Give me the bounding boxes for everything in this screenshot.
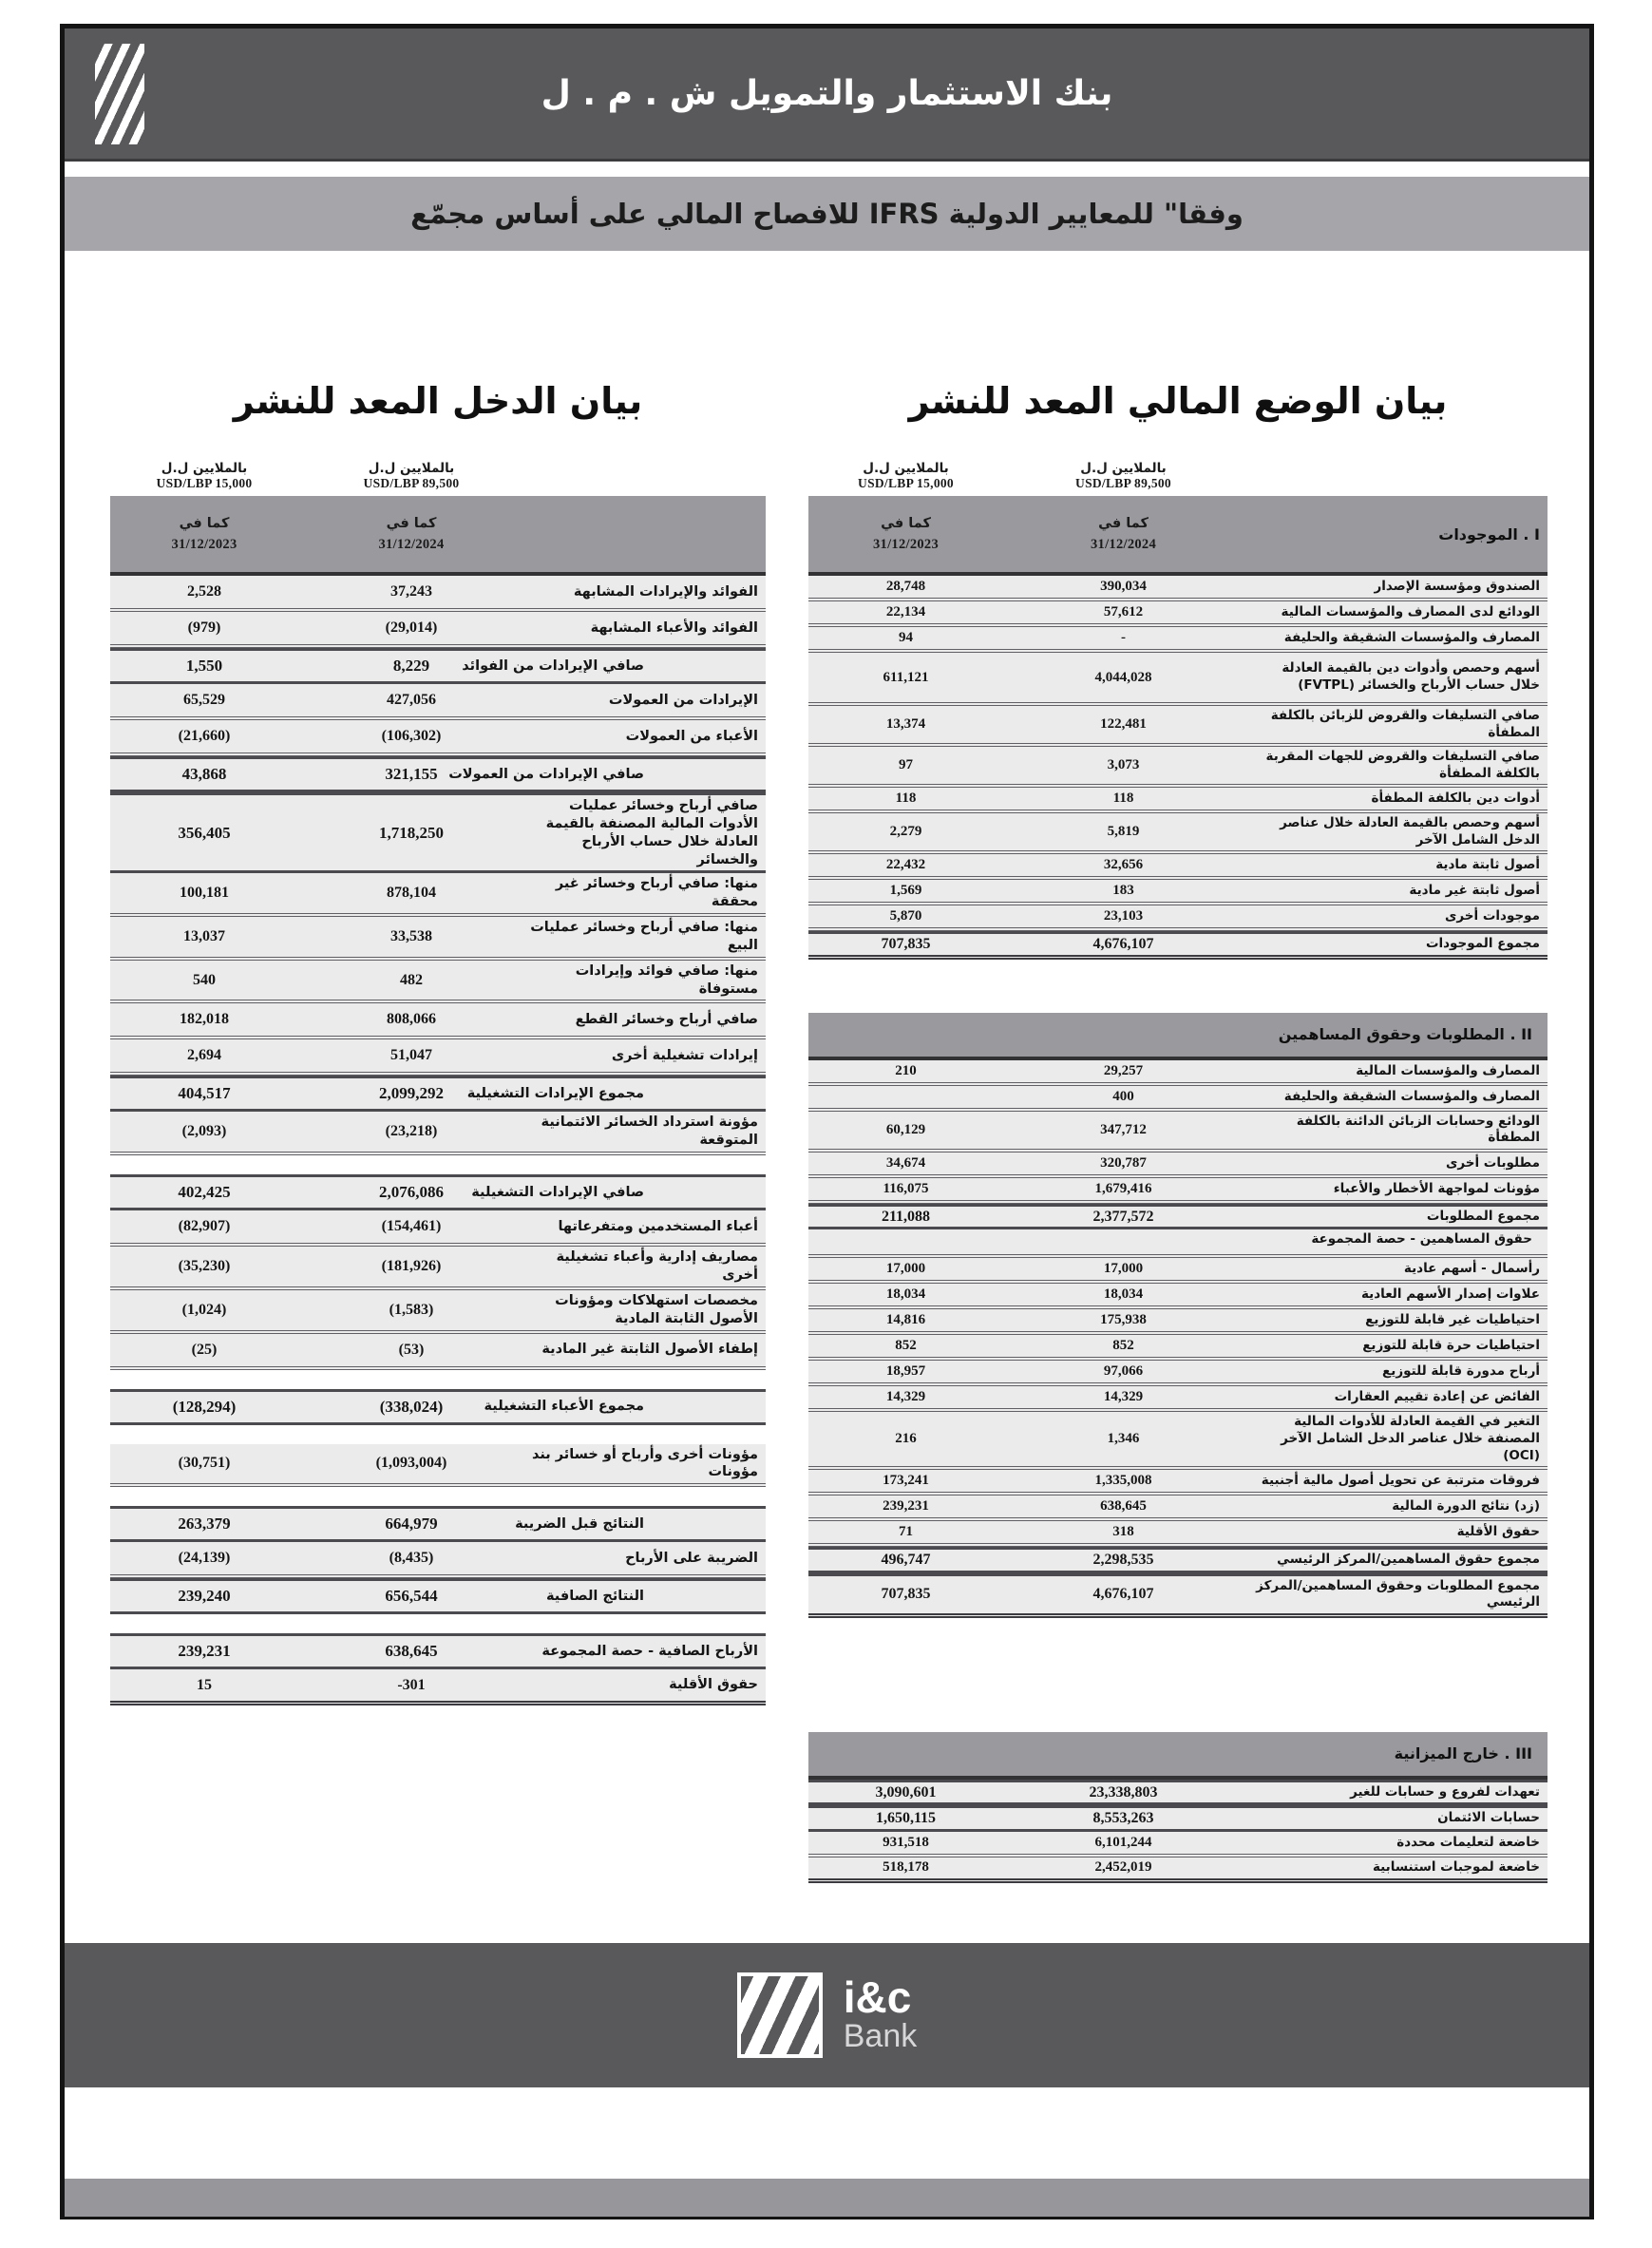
value-2024: 51,047 bbox=[298, 1047, 524, 1064]
table-row: 18,03418,034علاوات إصدار الأسهم العادية bbox=[808, 1284, 1548, 1309]
table-row: 15-301حقوق الأقلية bbox=[110, 1669, 766, 1705]
value-2023: 100,181 bbox=[110, 885, 298, 902]
row-label: مجموع الموجودات bbox=[1244, 934, 1548, 955]
value-2023: 118 bbox=[808, 791, 1003, 807]
value-2024: 2,377,572 bbox=[1003, 1209, 1244, 1226]
value-2023: 34,674 bbox=[808, 1155, 1003, 1172]
value-2024: 57,612 bbox=[1003, 604, 1244, 620]
value-2023: 518,178 bbox=[808, 1859, 1003, 1876]
table-row: (30,751)(1,093,004)مؤونات أخرى وأرباح أو… bbox=[110, 1444, 766, 1488]
value-2024: 5,819 bbox=[1003, 824, 1244, 840]
row-label: الأرباح الصافية - حصة المجموعة bbox=[524, 1641, 766, 1663]
table-row: (25)(53)إطفاء الأصول الثابتة غير المادية bbox=[110, 1334, 766, 1370]
table-row: 707,8354,676,107مجموع المطلوبات وحقوق ال… bbox=[808, 1573, 1548, 1618]
value-2023: (1,024) bbox=[110, 1302, 298, 1319]
table-row: 100,181878,104منها: صافي أرباح وخسائر غي… bbox=[110, 873, 766, 917]
asof-date-col1: كما في31/12/2023 bbox=[808, 513, 1003, 556]
row-label: حقوق الأقلية bbox=[1244, 1522, 1548, 1543]
row-label: الفائض عن إعادة تقييم العقارات bbox=[1244, 1387, 1548, 1408]
row-label: إيرادات تشغيلية أخرى bbox=[524, 1045, 766, 1067]
table-row: 402,4252,076,086صافي الإيرادات التشغيلية bbox=[110, 1174, 766, 1210]
table-row: 22,13457,612الودائع لدى المصارف والمؤسسا… bbox=[808, 601, 1548, 627]
value-2023: 94 bbox=[808, 630, 1003, 646]
table-row: 540482منها: صافي فوائد وإيرادات مستوفاة bbox=[110, 961, 766, 1004]
row-label: فروقات مترتبة عن تحويل أصول مالية أجنبية bbox=[1244, 1471, 1548, 1492]
section-title: II . المطلوبات وحقوق المساهمين bbox=[1271, 1025, 1540, 1043]
row-label: مجموع الأعباء التشغيلية bbox=[410, 1396, 652, 1418]
bottom-strip bbox=[65, 2179, 1589, 2217]
table-row: 17,00017,000رأسمال - أسهم عادية bbox=[808, 1258, 1548, 1284]
table-row: 1,569183أصول ثابتة غير مادية bbox=[808, 880, 1548, 905]
table-section: كما في31/12/2023كما في31/12/20242,52837,… bbox=[110, 496, 766, 1705]
table-row: 2,69451,047إيرادات تشغيلية أخرى bbox=[110, 1039, 766, 1076]
value-2024: 390,034 bbox=[1003, 579, 1244, 595]
value-2023: 540 bbox=[110, 972, 298, 989]
value-2024: 318 bbox=[1003, 1524, 1244, 1540]
value-2023: 402,425 bbox=[110, 1183, 298, 1202]
currency-unit-label: بالملايين ل.ل bbox=[298, 461, 524, 476]
value-2023: (2,093) bbox=[110, 1123, 298, 1140]
row-label: تعهدات لفروع و حسابات للغير bbox=[1244, 1782, 1548, 1803]
row-label: الإيرادات من العمولات bbox=[524, 690, 766, 712]
value-2023: 1,569 bbox=[808, 883, 1003, 899]
value-2023: (128,294) bbox=[110, 1398, 298, 1417]
table-row: (24,139)(8,435)الضريبة على الأرباح bbox=[110, 1542, 766, 1578]
row-label: المصارف والمؤسسات الشقيقة والحليفة bbox=[1244, 628, 1548, 649]
value-2024: 23,338,803 bbox=[1003, 1784, 1244, 1801]
table-row: 13,374122,481صافي التسليفات والقروض للزب… bbox=[808, 706, 1548, 747]
value-2024: 3,073 bbox=[1003, 757, 1244, 773]
value-2023: 239,231 bbox=[110, 1642, 298, 1661]
value-2024: (23,218) bbox=[298, 1123, 524, 1140]
asof-date-col1: كما في31/12/2023 bbox=[110, 513, 298, 556]
footer-logo-stripes-icon bbox=[737, 1972, 823, 2058]
balance-sheet-title: بيان الوضع المالي المعد للنشر bbox=[808, 380, 1548, 422]
table-row: 94-المصارف والمؤسسات الشقيقة والحليفة bbox=[808, 627, 1548, 653]
value-2023: 18,957 bbox=[808, 1363, 1003, 1380]
section-title: III . خارج الميزانية bbox=[1387, 1744, 1540, 1762]
value-2024: 18,034 bbox=[1003, 1286, 1244, 1303]
value-2024: 97,066 bbox=[1003, 1363, 1244, 1380]
row-label: مجموع المطلوبات وحقوق المساهمين/المركز ا… bbox=[1244, 1576, 1548, 1613]
value-2024: 638,645 bbox=[1003, 1498, 1244, 1515]
value-2024: 852 bbox=[1003, 1338, 1244, 1354]
value-2023: (25) bbox=[110, 1342, 298, 1359]
value-2024: 4,044,028 bbox=[1003, 670, 1244, 686]
asof-label: كما في bbox=[808, 513, 1003, 534]
value-2023: 71 bbox=[808, 1524, 1003, 1540]
row-label: منها: صافي أرباح وخسائر عمليات البيع bbox=[524, 917, 766, 957]
footer-logo: i&c Bank bbox=[844, 1975, 918, 2054]
table-row: 5,87023,103موجودات أخرى bbox=[808, 905, 1548, 931]
row-label: (زد) نتائج الدورة المالية bbox=[1244, 1496, 1548, 1517]
table-row: 71318حقوق الأقلية bbox=[808, 1521, 1548, 1547]
value-2023: (82,907) bbox=[110, 1218, 298, 1235]
value-2024: 29,257 bbox=[1003, 1063, 1244, 1079]
balance-sheet-table: بالملايين ل.لUSD/LBP 15,000بالملايين ل.ل… bbox=[808, 450, 1548, 1883]
row-label: صافي الإيرادات التشغيلية bbox=[410, 1182, 652, 1204]
row-label: المصارف والمؤسسات الشقيقة والحليفة bbox=[1244, 1087, 1548, 1108]
currency-unit-label: بالملايين ل.ل bbox=[110, 461, 298, 476]
value-2023: 60,129 bbox=[808, 1122, 1003, 1138]
row-label: علاوات إصدار الأسهم العادية bbox=[1244, 1285, 1548, 1305]
exchange-rate-label: USD/LBP 89,500 bbox=[1003, 476, 1244, 491]
row-label: مجموع الإيرادات التشغيلية bbox=[410, 1083, 652, 1105]
table-row: 404,5172,099,292مجموع الإيرادات التشغيلي… bbox=[110, 1076, 766, 1112]
section-header-band: II . المطلوبات وحقوق المساهمين bbox=[808, 1013, 1548, 1060]
row-label: الفوائد والإيرادات المشابهة bbox=[524, 581, 766, 603]
value-2023: (24,139) bbox=[110, 1550, 298, 1567]
value-2024: 482 bbox=[298, 972, 524, 989]
row-label: الودائع لدى المصارف والمؤسسات المالية bbox=[1244, 602, 1548, 623]
table-row: 496,7472,298,535مجموع حقوق المساهمين/الم… bbox=[808, 1547, 1548, 1573]
table-row: (82,907)(154,461)أعباء المستخدمين ومتفرع… bbox=[110, 1210, 766, 1247]
value-2024: 122,481 bbox=[1003, 716, 1244, 733]
value-2023: 611,121 bbox=[808, 670, 1003, 686]
page: بنك الاستثمار والتمويل ش . م . ل وفقا" ل… bbox=[0, 0, 1652, 2248]
value-2024: -301 bbox=[298, 1677, 524, 1694]
value-2023: 65,529 bbox=[110, 692, 298, 709]
row-label: صافي الإيرادات من الفوائد bbox=[410, 656, 652, 677]
value-2023: 707,835 bbox=[808, 936, 1003, 953]
table-row: 211,0882,377,572مجموع المطلوبات bbox=[808, 1204, 1548, 1230]
asof-date: 31/12/2024 bbox=[298, 534, 524, 555]
table-row: 356,4051,718,250صافي أرباح وخسائر عمليات… bbox=[110, 792, 766, 873]
row-label: مؤونة استرداد الخسائر الائتمانية المتوقع… bbox=[524, 1112, 766, 1152]
value-2023: 3,090,601 bbox=[808, 1784, 1003, 1801]
table-row: 173,2411,335,008فروقات مترتبة عن تحويل أ… bbox=[808, 1470, 1548, 1495]
row-label: التغير في القيمة العادلة للأدوات المالية… bbox=[1244, 1412, 1548, 1466]
value-2024: 23,103 bbox=[1003, 908, 1244, 924]
asof-label: كما في bbox=[1003, 513, 1244, 534]
table-row: 1,650,1158,553,263حسابات الائتمان bbox=[808, 1805, 1548, 1832]
table-row: 182,018808,066صافي أرباح وخسائر القطع bbox=[110, 1003, 766, 1039]
table-row: (35,230)(181,926)مصاريف إدارية وأعباء تش… bbox=[110, 1247, 766, 1290]
table-row: 22,43232,656أصول ثابتة مادية bbox=[808, 854, 1548, 880]
row-label: مؤونات أخرى وأرباح أو خسائر بند مؤونات bbox=[524, 1444, 766, 1484]
row-label: إطفاء الأصول الثابتة غير المادية bbox=[524, 1339, 766, 1361]
row-label: صافي الإيرادات من العمولات bbox=[410, 764, 652, 786]
asof-date-col2: كما في31/12/2024 bbox=[1003, 513, 1244, 556]
table-row: 1,5508,229صافي الإيرادات من الفوائد bbox=[110, 648, 766, 684]
table-row: 60,129347,712الودائع وحسابات الزبائن الد… bbox=[808, 1112, 1548, 1153]
row-label: مخصصات استهلاكات ومؤونات الأصول الثابتة … bbox=[524, 1290, 766, 1330]
value-2023: 13,374 bbox=[808, 716, 1003, 733]
value-2024: 1,718,250 bbox=[298, 824, 524, 843]
table-row: (979)(29,014)الفوائد والأعباء المشابهة bbox=[110, 612, 766, 648]
footer-logo-subtitle: Bank bbox=[844, 2019, 918, 2054]
table-row: 852852احتياطيات حرة قابلة للتوزيع bbox=[808, 1335, 1548, 1361]
value-2024: (53) bbox=[298, 1342, 524, 1359]
asof-date: 31/12/2024 bbox=[1003, 534, 1244, 555]
asof-date-col2: كما في31/12/2024 bbox=[298, 513, 524, 556]
value-2024: 2,452,019 bbox=[1003, 1859, 1244, 1876]
value-2023: (979) bbox=[110, 619, 298, 637]
value-2024: 32,656 bbox=[1003, 857, 1244, 873]
value-2024: 2,298,535 bbox=[1003, 1552, 1244, 1569]
row-spacer bbox=[110, 1370, 766, 1389]
table-row: 28,748390,034الصندوق ومؤسسة الإصدار bbox=[808, 576, 1548, 601]
value-2024: 8,553,263 bbox=[1003, 1810, 1244, 1827]
value-2024: (8,435) bbox=[298, 1550, 524, 1567]
table-row: 400المصارف والمؤسسات الشقيقة والحليفة bbox=[808, 1086, 1548, 1112]
row-label: الضريبة على الأرباح bbox=[524, 1548, 766, 1570]
table-row: 65,529427,056الإيرادات من العمولات bbox=[110, 684, 766, 720]
value-2023: 14,329 bbox=[808, 1389, 1003, 1405]
row-label: احتياطيات حرة قابلة للتوزيع bbox=[1244, 1336, 1548, 1357]
value-2023: 14,816 bbox=[808, 1312, 1003, 1328]
row-label: صافي أرباح وخسائر القطع bbox=[524, 1009, 766, 1031]
table-row: 263,379664,979النتائج قبل الضريبة bbox=[110, 1506, 766, 1542]
table-row: 931,5186,101,244خاضعة لتعليمات محددة bbox=[808, 1832, 1548, 1857]
table-row: 116,0751,679,416مؤونات لمواجهة الأخطار و… bbox=[808, 1178, 1548, 1204]
value-2024: 118 bbox=[1003, 791, 1244, 807]
value-2023: 28,748 bbox=[808, 579, 1003, 595]
unit-header-col2: بالملايين ل.لUSD/LBP 89,500 bbox=[1003, 461, 1244, 491]
row-label: موجودات أخرى bbox=[1244, 906, 1548, 927]
value-2023: (35,230) bbox=[110, 1258, 298, 1275]
row-label: أعباء المستخدمين ومتفرعاتها bbox=[524, 1216, 766, 1238]
value-2024: (154,461) bbox=[298, 1218, 524, 1235]
table-row: 2,52837,243الفوائد والإيرادات المشابهة bbox=[110, 576, 766, 612]
subtitle-band: وفقا" للمعايير الدولية IFRS للافصاح الما… bbox=[65, 177, 1589, 251]
row-label: النتائج الصافية bbox=[410, 1586, 652, 1608]
table-row: 34,674320,787مطلوبات أخرى bbox=[808, 1153, 1548, 1178]
table-row: 14,816175,938احتياطيات غير قابلة للتوزيع bbox=[808, 1309, 1548, 1335]
value-2023: 216 bbox=[808, 1431, 1003, 1447]
footer-logo-title: i&c bbox=[844, 1975, 918, 2019]
value-2023: 97 bbox=[808, 757, 1003, 773]
row-label: خاضعة لتعليمات محددة bbox=[1244, 1833, 1548, 1854]
equity-subheader-row: حقوق المساهمين - حصة المجموعة bbox=[808, 1229, 1548, 1258]
value-2024: (29,014) bbox=[298, 619, 524, 637]
value-2023: 116,075 bbox=[808, 1181, 1003, 1197]
statements-area: بيان الدخل المعد للنشر بالملايين ل.لUSD/… bbox=[65, 251, 1589, 1943]
asof-date: 31/12/2023 bbox=[110, 534, 298, 555]
table-row: (2,093)(23,218)مؤونة استرداد الخسائر الا… bbox=[110, 1112, 766, 1155]
row-label: خاضعة لموجبات استنسابية bbox=[1244, 1857, 1548, 1878]
table-row: 239,231638,645الأرباح الصافية - حصة المج… bbox=[110, 1633, 766, 1669]
row-label: الصندوق ومؤسسة الإصدار bbox=[1244, 577, 1548, 598]
value-2024: 1,679,416 bbox=[1003, 1181, 1244, 1197]
value-2023: 22,134 bbox=[808, 604, 1003, 620]
row-label: منها: صافي أرباح وخسائر غير محققة bbox=[524, 873, 766, 913]
value-2024: (1,583) bbox=[298, 1302, 524, 1319]
row-label: مجموع حقوق المساهمين/المركز الرئيسي bbox=[1244, 1550, 1548, 1571]
unit-header-col1: بالملايين ل.لUSD/LBP 15,000 bbox=[110, 461, 298, 491]
asof-label: كما في bbox=[110, 513, 298, 534]
unit-header-col1: بالملايين ل.لUSD/LBP 15,000 bbox=[808, 461, 1003, 491]
row-label: حقوق الأقلية bbox=[524, 1674, 766, 1696]
value-2023: 404,517 bbox=[110, 1084, 298, 1103]
currency-unit-label: بالملايين ل.ل bbox=[808, 461, 1003, 476]
value-2023: (21,660) bbox=[110, 728, 298, 745]
exchange-rate-label: USD/LBP 89,500 bbox=[298, 476, 524, 491]
row-spacer bbox=[110, 1487, 766, 1506]
table-row: 18,95797,066أرباح مدورة قابلة للتوزيع bbox=[808, 1361, 1548, 1386]
value-2024: (1,093,004) bbox=[298, 1455, 524, 1472]
row-label: رأسمال - أسهم عادية bbox=[1244, 1259, 1548, 1280]
row-spacer bbox=[110, 1614, 766, 1633]
table-row: 611,1214,044,028أسهم وحصص وأدوات دين بال… bbox=[808, 653, 1548, 706]
table-row: 239,240656,544النتائج الصافية bbox=[110, 1578, 766, 1614]
section-header-band: كما في31/12/2023كما في31/12/2024I . المو… bbox=[808, 496, 1548, 576]
table-row: 518,1782,452,019خاضعة لموجبات استنسابية bbox=[808, 1857, 1548, 1883]
table-row: 118118أدوات دين بالكلفة المطفأة bbox=[808, 788, 1548, 813]
table-row: (128,294)(338,024)مجموع الأعباء التشغيلي… bbox=[110, 1389, 766, 1425]
value-2023: 182,018 bbox=[110, 1011, 298, 1028]
row-label: صافي أرباح وخسائر عمليات الأدوات المالية… bbox=[524, 795, 766, 870]
table-row: 3,090,60123,338,803تعهدات لفروع و حسابات… bbox=[808, 1780, 1548, 1806]
value-2024: 347,712 bbox=[1003, 1122, 1244, 1138]
value-2024: (106,302) bbox=[298, 728, 524, 745]
currency-unit-label: بالملايين ل.ل bbox=[1003, 461, 1244, 476]
value-2024: 4,676,107 bbox=[1003, 1586, 1244, 1603]
value-2023: 15 bbox=[110, 1677, 298, 1694]
value-2024: 17,000 bbox=[1003, 1261, 1244, 1277]
value-2023: 1,550 bbox=[110, 657, 298, 676]
value-2023: 18,034 bbox=[808, 1286, 1003, 1303]
value-2023: 496,747 bbox=[808, 1552, 1003, 1569]
exchange-rate-label: USD/LBP 15,000 bbox=[110, 476, 298, 491]
value-2023: 931,518 bbox=[808, 1835, 1003, 1851]
row-label: أصول ثابتة مادية bbox=[1244, 855, 1548, 876]
value-2024: 183 bbox=[1003, 883, 1244, 899]
value-2023: 852 bbox=[808, 1338, 1003, 1354]
value-2024: 638,645 bbox=[298, 1642, 524, 1661]
value-2023: 1,650,115 bbox=[808, 1810, 1003, 1827]
table-row: 2161,346التغير في القيمة العادلة للأدوات… bbox=[808, 1412, 1548, 1470]
income-statement-title: بيان الدخل المعد للنشر bbox=[110, 380, 766, 422]
row-label: مصاريف إدارية وأعباء تشغيلية أخرى bbox=[524, 1247, 766, 1286]
row-label: صافي التسليفات والقروض للجهات المقربة با… bbox=[1244, 747, 1548, 784]
value-2024: 320,787 bbox=[1003, 1155, 1244, 1172]
row-label: أصول ثابتة غير مادية bbox=[1244, 881, 1548, 902]
row-label: المصارف والمؤسسات المالية bbox=[1244, 1061, 1548, 1082]
value-2024: 14,329 bbox=[1003, 1389, 1244, 1405]
value-2023: 211,088 bbox=[808, 1209, 1003, 1226]
unit-header-col2: بالملايين ل.لUSD/LBP 89,500 bbox=[298, 461, 524, 491]
income-statement: بيان الدخل المعد للنشر بالملايين ل.لUSD/… bbox=[110, 251, 766, 1705]
table-row: 707,8354,676,107مجموع الموجودات bbox=[808, 931, 1548, 960]
row-label: النتائج قبل الضريبة bbox=[410, 1514, 652, 1535]
column-units-header: بالملايين ل.لUSD/LBP 15,000بالملايين ل.ل… bbox=[110, 450, 766, 496]
value-2024: 175,938 bbox=[1003, 1312, 1244, 1328]
table-section: III . خارج الميزانية3,090,60123,338,803ت… bbox=[808, 1732, 1548, 1883]
value-2024: 6,101,244 bbox=[1003, 1835, 1244, 1851]
row-spacer bbox=[110, 1155, 766, 1174]
header-band: بنك الاستثمار والتمويل ش . م . ل bbox=[65, 29, 1589, 162]
table-section: II . المطلوبات وحقوق المساهمين21029,257ا… bbox=[808, 1013, 1548, 1618]
column-units-header: بالملايين ل.لUSD/LBP 15,000بالملايين ل.ل… bbox=[808, 450, 1548, 496]
value-2024: 427,056 bbox=[298, 692, 524, 709]
table-row: 13,03733,538منها: صافي أرباح وخسائر عملي… bbox=[110, 917, 766, 961]
balance-sheet: بيان الوضع المالي المعد للنشر بالملايين … bbox=[808, 251, 1548, 1883]
value-2024: 878,104 bbox=[298, 885, 524, 902]
asof-label: كما في bbox=[298, 513, 524, 534]
row-label: حقوق المساهمين - حصة المجموعة bbox=[1307, 1229, 1540, 1254]
row-label: مطلوبات أخرى bbox=[1244, 1153, 1548, 1174]
row-label: الفوائد والأعباء المشابهة bbox=[524, 618, 766, 639]
row-label: أرباح مدورة قابلة للتوزيع bbox=[1244, 1362, 1548, 1382]
section-header-band: كما في31/12/2023كما في31/12/2024 bbox=[110, 496, 766, 576]
value-2023: 2,694 bbox=[110, 1047, 298, 1064]
value-2023: (30,751) bbox=[110, 1455, 298, 1472]
value-2023: 707,835 bbox=[808, 1586, 1003, 1603]
value-2024: 808,066 bbox=[298, 1011, 524, 1028]
row-label: مجموع المطلوبات bbox=[1244, 1207, 1548, 1228]
table-row: 21029,257المصارف والمؤسسات المالية bbox=[808, 1060, 1548, 1086]
income-statement-table: بالملايين ل.لUSD/LBP 15,000بالملايين ل.ل… bbox=[110, 450, 766, 1705]
value-2023: 17,000 bbox=[808, 1261, 1003, 1277]
value-2023: 239,231 bbox=[808, 1498, 1003, 1515]
value-2023: 239,240 bbox=[110, 1587, 298, 1606]
value-2023: 263,379 bbox=[110, 1515, 298, 1534]
section-header-band: III . خارج الميزانية bbox=[808, 1732, 1548, 1780]
table-row: 2,2795,819أسهم وحصص بالقيمة العادلة خلال… bbox=[808, 813, 1548, 854]
row-spacer bbox=[110, 1425, 766, 1444]
value-2024: 33,538 bbox=[298, 928, 524, 945]
row-label: حسابات الائتمان bbox=[1244, 1808, 1548, 1829]
value-2024: 1,346 bbox=[1003, 1431, 1244, 1447]
bank-name-title: بنك الاستثمار والتمويل ش . م . ل bbox=[541, 74, 1113, 113]
exchange-rate-label: USD/LBP 15,000 bbox=[808, 476, 1003, 491]
asof-date: 31/12/2023 bbox=[808, 534, 1003, 555]
row-label: الودائع وحسابات الزبائن الدائنة بالكلفة … bbox=[1244, 1112, 1548, 1149]
value-2024: 37,243 bbox=[298, 583, 524, 600]
table-row: 43,868321,155صافي الإيرادات من العمولات bbox=[110, 756, 766, 792]
row-label: مؤونات لمواجهة الأخطار والأعباء bbox=[1244, 1179, 1548, 1200]
value-2023: 22,432 bbox=[808, 857, 1003, 873]
row-label: صافي التسليفات والقروض للزبائن بالكلفة ا… bbox=[1244, 706, 1548, 743]
table-row: 973,073صافي التسليفات والقروض للجهات الم… bbox=[808, 747, 1548, 788]
row-label: أسهم وحصص بالقيمة العادلة خلال عناصر الد… bbox=[1244, 813, 1548, 850]
row-label: احتياطيات غير قابلة للتوزيع bbox=[1244, 1310, 1548, 1331]
bank-logo-stripes-icon bbox=[95, 44, 144, 144]
table-section: كما في31/12/2023كما في31/12/2024I . المو… bbox=[808, 496, 1548, 960]
value-2024: - bbox=[1003, 630, 1244, 646]
row-label: أدوات دين بالكلفة المطفأة bbox=[1244, 789, 1548, 810]
row-label: الأعباء من العمولات bbox=[524, 726, 766, 748]
section-title: I . الموجودات bbox=[1244, 525, 1548, 543]
value-2023: 173,241 bbox=[808, 1473, 1003, 1489]
value-2024: 1,335,008 bbox=[1003, 1473, 1244, 1489]
value-2023: 2,528 bbox=[110, 583, 298, 600]
value-2023: 5,870 bbox=[808, 908, 1003, 924]
table-row: 239,231638,645(زد) نتائج الدورة المالية bbox=[808, 1495, 1548, 1521]
table-row: (1,024)(1,583)مخصصات استهلاكات ومؤونات ا… bbox=[110, 1290, 766, 1334]
value-2023: 43,868 bbox=[110, 765, 298, 784]
value-2024: 400 bbox=[1003, 1089, 1244, 1105]
table-row: (21,660)(106,302)الأعباء من العمولات bbox=[110, 720, 766, 756]
row-label: منها: صافي فوائد وإيرادات مستوفاة bbox=[524, 961, 766, 1000]
value-2023: 210 bbox=[808, 1063, 1003, 1079]
value-2024: (181,926) bbox=[298, 1258, 524, 1275]
value-2023: 2,279 bbox=[808, 824, 1003, 840]
value-2024: 4,676,107 bbox=[1003, 936, 1244, 953]
row-label: أسهم وحصص وأدوات دين بالقيمة العادلة خلا… bbox=[1244, 658, 1548, 695]
document-frame: بنك الاستثمار والتمويل ش . م . ل وفقا" ل… bbox=[60, 24, 1594, 2219]
value-2023: 13,037 bbox=[110, 928, 298, 945]
table-row: 14,32914,329الفائض عن إعادة تقييم العقار… bbox=[808, 1386, 1548, 1412]
footer-band: i&c Bank bbox=[65, 1943, 1589, 2087]
value-2023: 356,405 bbox=[110, 824, 298, 843]
